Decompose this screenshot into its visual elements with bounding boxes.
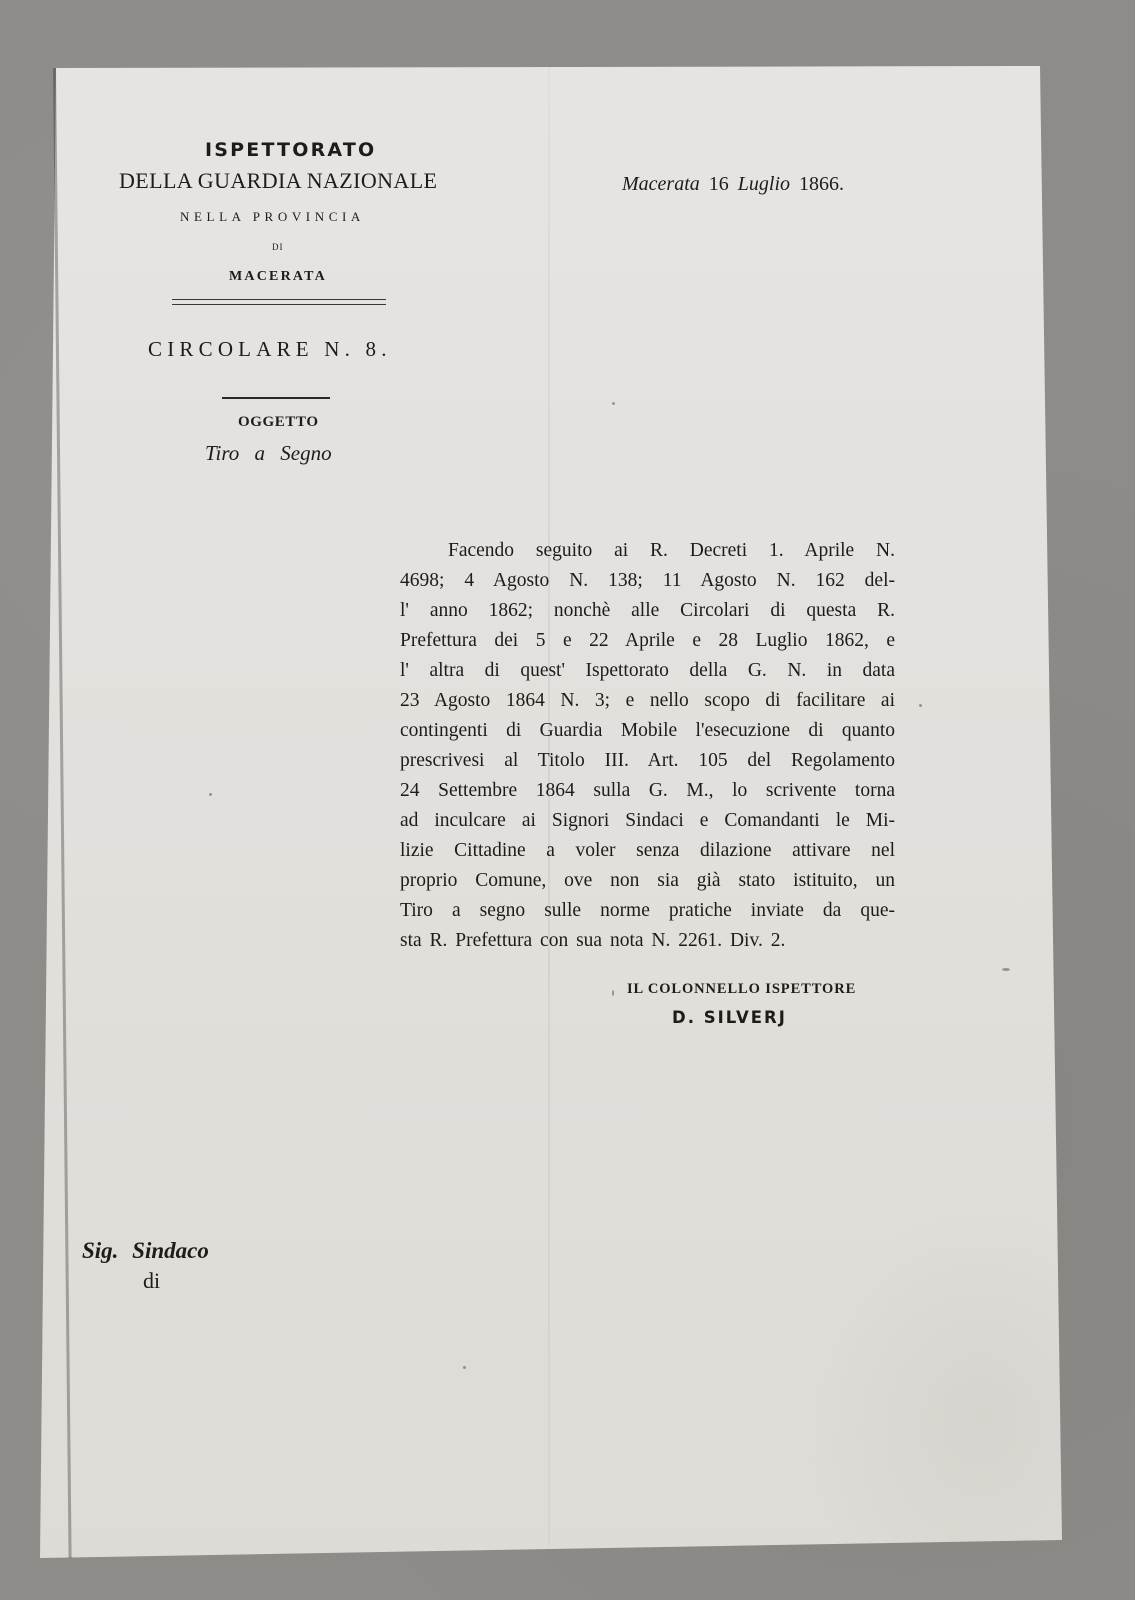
body-line: 24 Settembre 1864 sulla G. M., lo scrive… [400,776,895,806]
paper-speck [463,1366,466,1369]
header-subtitle: DELLA GUARDIA NAZIONALE [119,168,437,194]
body-line: l' altra di quest' Ispettorato della G. … [400,656,895,686]
body-line: proprio Comune, ove non sia già stato is… [400,866,895,896]
date-year: 1866. [799,173,844,195]
body-line: ad inculcare ai Signori Sindaci e Comand… [400,806,895,836]
header-di: DI [272,242,284,252]
paper-speck [612,990,614,996]
addressee-line-2: di [143,1268,160,1294]
paper-speck [919,704,922,707]
body-line: 23 Agosto 1864 N. 3; e nello scopo di fa… [400,686,895,716]
circular-rule [222,397,330,399]
body-line: Prefettura dei 5 e 22 Aprile e 28 Luglio… [400,626,895,656]
header-province-line: NELLA PROVINCIA [180,209,365,225]
body-paragraph: Facendo seguito ai R. Decreti 1. Aprile … [400,536,895,956]
header-double-rule [172,299,386,305]
body-line: Facendo seguito ai R. Decreti 1. Aprile … [400,536,895,566]
body-line: Tiro a segno sulle norme pratiche inviat… [400,896,895,926]
signature-name: D. SILVERJ [672,1008,787,1027]
date-place: Macerata [622,173,700,195]
body-line: sta R. Prefettura con sua nota N. 2261. … [400,926,895,956]
body-line: l' anno 1862; nonchè alle Circolari di q… [400,596,895,626]
paper-speck [1002,968,1010,971]
date-month: Luglio [738,173,790,195]
paper-speck [209,793,212,796]
date-day: 16 [709,173,729,195]
body-line: lizie Cittadine a voler senza dilazione … [400,836,895,866]
addressee-line-1: Sig. Sindaco [82,1238,209,1264]
paper-speck [612,402,615,405]
header-city: MACERATA [229,269,327,285]
subject-value: Tiro a Segno [205,441,332,466]
header-title: ISPETTORATO [205,139,376,161]
body-line: 4698; 4 Agosto N. 138; 11 Agosto N. 162 … [400,566,895,596]
subject-label: OGGETTO [238,414,319,431]
circular-number: CIRCOLARE N. 8. [148,337,392,362]
signature-role: IL COLONNELLO ISPETTORE [627,981,856,998]
body-line: prescrivesi al Titolo III. Art. 105 del … [400,746,895,776]
paper-stain [800,1200,1100,1560]
date-line: Macerata 16 Luglio 1866. [622,173,844,196]
body-line: contingenti di Guardia Mobile l'esecuzio… [400,716,895,746]
